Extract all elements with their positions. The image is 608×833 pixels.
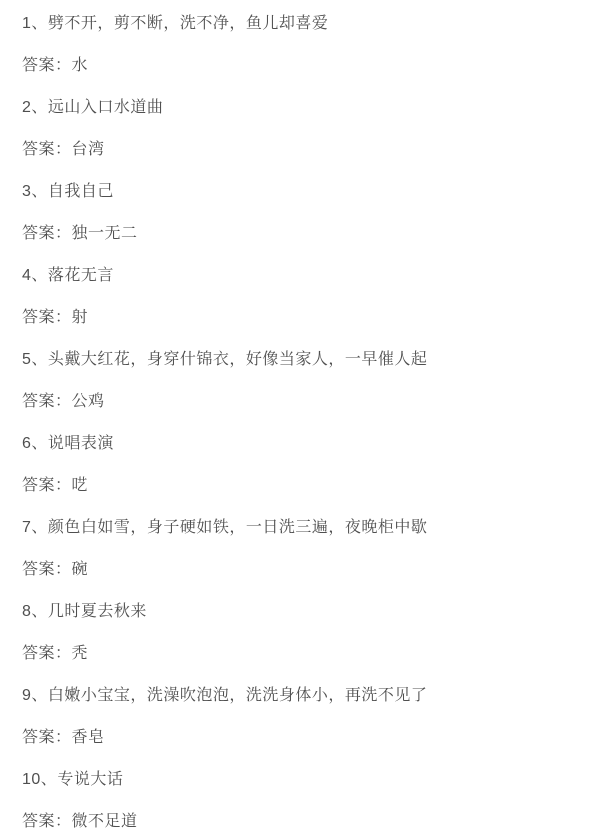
riddle-number: 2、 [22, 99, 48, 116]
riddle-question: 6、说唱表演 [22, 433, 588, 455]
answer-text: 碗 [72, 561, 89, 578]
riddle-answer: 答案：秃 [22, 643, 588, 665]
riddle-answer: 答案：碗 [22, 559, 588, 581]
riddle-answer: 答案：呓 [22, 475, 588, 497]
answer-label: 答案： [22, 141, 72, 158]
answer-text: 射 [72, 309, 89, 326]
riddle-text: 白嫩小宝宝，洗澡吹泡泡，洗洗身体小，再洗不见了 [48, 687, 428, 704]
riddle-text: 几时夏去秋来 [48, 603, 147, 620]
riddle-answer: 答案：射 [22, 307, 588, 329]
riddle-number: 7、 [22, 519, 48, 536]
riddle-number: 8、 [22, 603, 48, 620]
riddle-question: 3、自我自己 [22, 181, 588, 203]
riddle-document: 1、劈不开，剪不断，洗不净，鱼儿却喜爱 答案：水 2、远山入口水道曲 答案：台湾… [0, 0, 608, 833]
riddle-number: 3、 [22, 183, 48, 200]
answer-text: 微不足道 [72, 813, 138, 830]
answer-label: 答案： [22, 813, 72, 830]
riddle-answer: 答案：公鸡 [22, 391, 588, 413]
riddle-text: 落花无言 [48, 267, 114, 284]
riddle-question: 5、头戴大红花，身穿什锦衣，好像当家人，一早催人起 [22, 349, 588, 371]
answer-label: 答案： [22, 225, 72, 242]
riddle-answer: 答案：台湾 [22, 139, 588, 161]
answer-text: 独一无二 [72, 225, 138, 242]
riddle-text: 自我自己 [48, 183, 114, 200]
answer-text: 公鸡 [72, 393, 105, 410]
riddle-question: 9、白嫩小宝宝，洗澡吹泡泡，洗洗身体小，再洗不见了 [22, 685, 588, 707]
riddle-text: 专说大话 [57, 771, 123, 788]
riddle-text: 说唱表演 [48, 435, 114, 452]
riddle-question: 7、颜色白如雪，身子硬如铁，一日洗三遍，夜晚柜中歇 [22, 517, 588, 539]
riddle-number: 1、 [22, 15, 48, 32]
riddle-text: 颜色白如雪，身子硬如铁，一日洗三遍，夜晚柜中歇 [48, 519, 428, 536]
answer-label: 答案： [22, 309, 72, 326]
answer-text: 秃 [72, 645, 89, 662]
answer-label: 答案： [22, 645, 72, 662]
riddle-number: 6、 [22, 435, 48, 452]
riddle-answer: 答案：香皂 [22, 727, 588, 749]
answer-label: 答案： [22, 57, 72, 74]
riddle-number: 10、 [22, 771, 57, 788]
riddle-text: 头戴大红花，身穿什锦衣，好像当家人，一早催人起 [48, 351, 428, 368]
riddle-answer: 答案：水 [22, 55, 588, 77]
riddle-text: 远山入口水道曲 [48, 99, 164, 116]
riddle-text: 劈不开，剪不断，洗不净，鱼儿却喜爱 [48, 15, 329, 32]
answer-text: 台湾 [72, 141, 105, 158]
answer-label: 答案： [22, 393, 72, 410]
riddle-question: 10、专说大话 [22, 769, 588, 791]
answer-label: 答案： [22, 729, 72, 746]
riddle-number: 9、 [22, 687, 48, 704]
answer-label: 答案： [22, 477, 72, 494]
answer-text: 水 [72, 57, 89, 74]
answer-label: 答案： [22, 561, 72, 578]
riddle-number: 5、 [22, 351, 48, 368]
riddle-question: 8、几时夏去秋来 [22, 601, 588, 623]
riddle-question: 4、落花无言 [22, 265, 588, 287]
riddle-question: 1、劈不开，剪不断，洗不净，鱼儿却喜爱 [22, 13, 588, 35]
riddle-answer: 答案：微不足道 [22, 811, 588, 833]
riddle-number: 4、 [22, 267, 48, 284]
answer-text: 香皂 [72, 729, 105, 746]
answer-text: 呓 [72, 477, 89, 494]
riddle-answer: 答案：独一无二 [22, 223, 588, 245]
riddle-question: 2、远山入口水道曲 [22, 97, 588, 119]
